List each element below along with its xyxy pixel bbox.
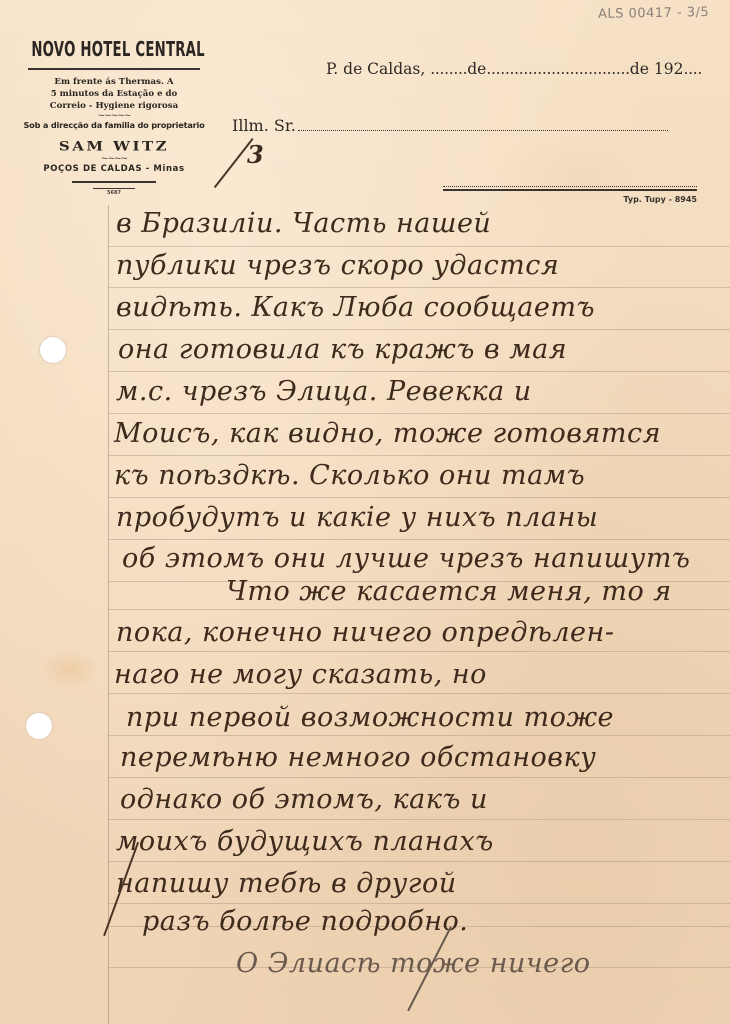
ruled-line <box>108 609 730 610</box>
hotel-name: NOVO HOTEL CENTRAL <box>31 38 196 62</box>
handwritten-line: в Бразиліи. Часть нашей <box>116 208 491 239</box>
handwritten-line: перемѣню немного обстановку <box>120 742 596 773</box>
ruled-line <box>108 246 730 247</box>
letterhead: NOVO HOTEL CENTRAL Em frente ás Thermas.… <box>28 40 200 196</box>
month-field: ............................... <box>486 60 629 78</box>
hotel-city: POÇOS DE CALDAS - Minas <box>28 164 200 174</box>
ruled-line <box>108 903 730 904</box>
solid-rule <box>443 189 697 191</box>
ornament: ~~~~ <box>28 155 200 163</box>
handwritten-line: публики чрезъ скоро удастся <box>116 250 559 281</box>
handwritten-line: видѣть. Какъ Люба сообщаетъ <box>116 292 595 323</box>
divider <box>93 188 135 189</box>
ruled-line <box>108 777 730 778</box>
ruled-line <box>108 371 730 372</box>
printer-credit: Typ. Tupy - 8945 <box>623 195 697 204</box>
ruled-line <box>108 497 730 498</box>
ruled-line <box>108 861 730 862</box>
ruled-line <box>108 329 730 330</box>
handwritten-line: об этомъ они лучше чрезъ напишутъ <box>122 543 690 574</box>
handwritten-line: пробудутъ и какіе у нихъ планы <box>116 502 598 533</box>
dotted-rule <box>443 185 697 187</box>
margin-line <box>108 205 109 1024</box>
handwritten-line: м.с. чрезъ Элица. Ревекка и <box>116 376 532 407</box>
owner-name: SAM WITZ <box>28 138 200 153</box>
handwritten-line: однако об этомъ, какъ и <box>120 784 488 815</box>
year-field: .... <box>683 60 702 78</box>
addressee-line: Illm. Sr. <box>232 116 668 135</box>
date-line: P. de Caldas, ........de................… <box>326 60 702 78</box>
paper-stain <box>40 650 100 690</box>
handwritten-line: пока, конечно ничего опредѣлен- <box>116 617 614 648</box>
ruled-line <box>108 819 730 820</box>
ruled-line <box>108 735 730 736</box>
management-note: Sob a direcção da familia do proprietari… <box>22 120 206 130</box>
date-separator: de <box>467 60 486 78</box>
handwritten-line: О Элиасѣ тоже ничего <box>236 948 591 979</box>
ornament: ~~~~~ <box>28 112 200 120</box>
handwritten-line: напишу тебѣ в другой <box>116 868 457 899</box>
day-field: ........ <box>430 60 467 78</box>
handwritten-line: при первой возможности тоже <box>126 702 614 733</box>
handwritten-line: она готовила къ кражъ в мая <box>118 334 567 365</box>
page-reference: 3 <box>247 140 264 169</box>
punch-hole <box>40 337 66 363</box>
handwritten-line: Моисъ, как видно, тоже готовятся <box>114 418 661 449</box>
handwritten-line: разъ болѣе подробно. <box>142 906 468 937</box>
hotel-tagline-line: 5 minutos da Estação e do <box>28 88 200 100</box>
ruled-line <box>108 651 730 652</box>
letter-page: ALS 00417 - 3/5 NOVO HOTEL CENTRAL Em fr… <box>0 0 730 1024</box>
ruled-line <box>108 413 730 414</box>
archive-reference: ALS 00417 - 3/5 <box>598 5 710 22</box>
hotel-tagline-line: Em frente ás Thermas. A <box>28 76 200 88</box>
addressee-label: Illm. Sr. <box>232 116 296 135</box>
ruled-line <box>108 693 730 694</box>
handwritten-line: наго не могу сказать, но <box>114 659 487 690</box>
paper-stain <box>500 130 660 220</box>
handwritten-line: къ поѣздкѣ. Сколько они тамъ <box>114 460 585 491</box>
ruled-line <box>108 287 730 288</box>
divider <box>28 68 200 70</box>
place-label: P. de Caldas, <box>326 60 425 78</box>
handwritten-line: моихъ будущихъ планахъ <box>116 826 494 857</box>
handwritten-line: Что же касается меня, то я <box>226 576 672 607</box>
header-rule-block: Typ. Tupy - 8945 <box>443 185 697 191</box>
ruled-line <box>108 455 730 456</box>
punch-hole <box>26 713 52 739</box>
year-prefix: 192 <box>654 60 684 78</box>
printer-code: 5687 <box>28 190 200 196</box>
addressee-field <box>298 129 668 131</box>
ruled-line <box>108 539 730 540</box>
date-separator: de <box>630 60 649 78</box>
divider <box>72 181 156 183</box>
